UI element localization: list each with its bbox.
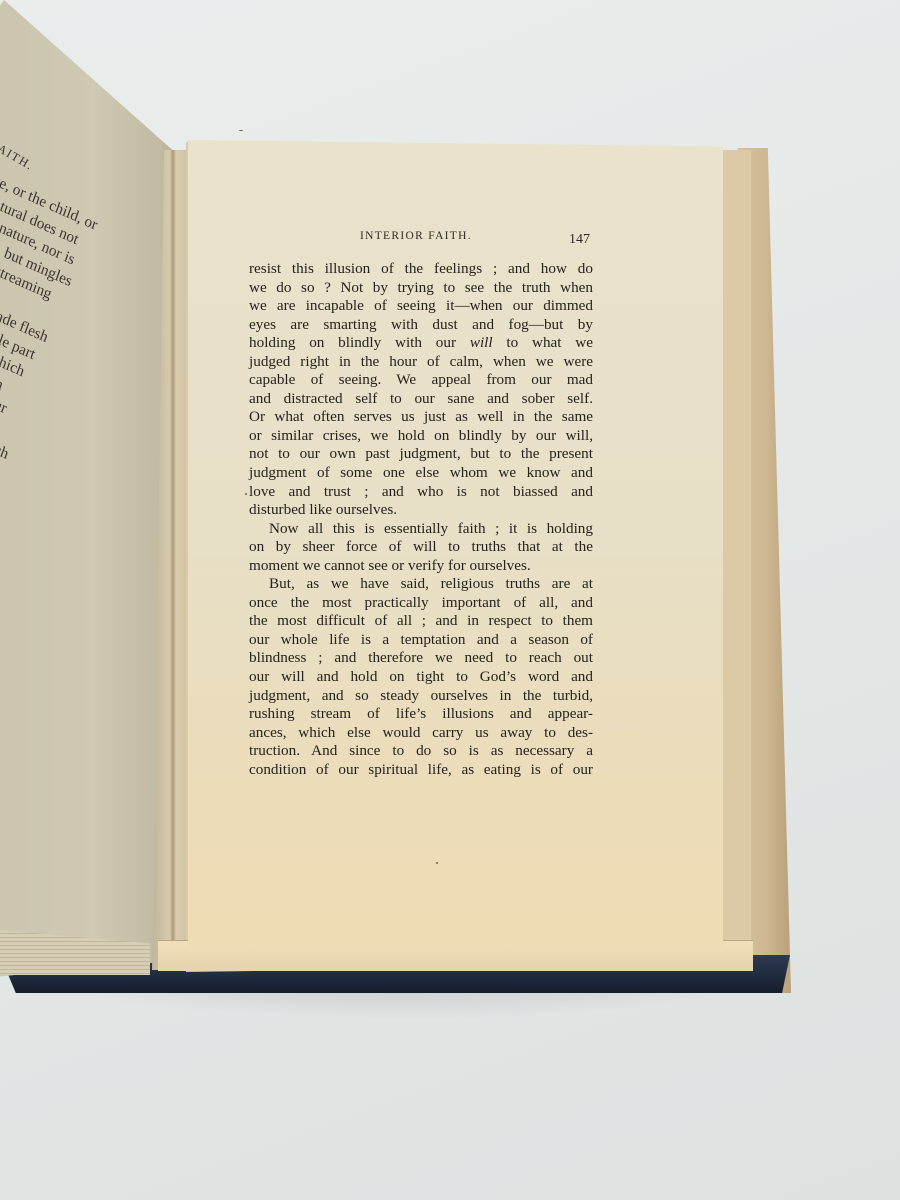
text-line: rushing stream of life’s illusions and a… bbox=[249, 705, 593, 724]
surface-speck bbox=[239, 130, 243, 131]
text-line: truction. And since to do so is as neces… bbox=[249, 742, 593, 761]
text-line: the most difficult of all ; and in respe… bbox=[249, 612, 593, 631]
paper-speck bbox=[436, 862, 438, 864]
text-line: eyes are smarting with dust and fog—but … bbox=[249, 316, 593, 335]
text-line: moment we cannot see or verify for ourse… bbox=[249, 557, 593, 576]
left-page-text: ere savage, or the child, orhe supernatu… bbox=[0, 150, 133, 771]
text-line: condition of our spiritual life, as eati… bbox=[249, 761, 593, 780]
text-line: holding on blindly with our will to what… bbox=[249, 334, 593, 353]
text-line: judgment of some one else whom we know a… bbox=[249, 464, 593, 483]
emphasis: will bbox=[470, 334, 493, 351]
left-running-head: RIOR FAITH. bbox=[0, 118, 36, 174]
text-line: capable of seeing. We appeal from our ma… bbox=[249, 371, 593, 390]
text-line: judgment, and so steady ourselves in the… bbox=[249, 687, 593, 706]
text-line: love and trust ; and who is not biassed … bbox=[249, 483, 593, 502]
text-line: or similar crises, we hold on blindly by… bbox=[249, 427, 593, 446]
text-line: resist this illusion of the feelings ; a… bbox=[249, 260, 593, 279]
left-page: RIOR FAITH. ere savage, or the child, or… bbox=[0, 0, 180, 980]
text-line: Now all this is essentially faith ; it i… bbox=[249, 520, 593, 539]
text-line: we do so ? Not by trying to see the trut… bbox=[249, 279, 593, 298]
text-line: But, as we have said, religious truths a… bbox=[249, 575, 593, 594]
text-line: our will and hold on tight to God’s word… bbox=[249, 668, 593, 687]
text-line: we are incapable of seeing it—when our d… bbox=[249, 297, 593, 316]
text-line: once the most practically important of a… bbox=[249, 594, 593, 613]
text-line: on by sheer force of will to truths that… bbox=[249, 538, 593, 557]
page-body-text: resist this illusion of the feelings ; a… bbox=[249, 260, 593, 779]
text-line: disturbed like ourselves. bbox=[249, 501, 593, 520]
text-line: our whole life is a temptation and a sea… bbox=[249, 631, 593, 650]
text-line: Or what often serves us just as well in … bbox=[249, 408, 593, 427]
text-line: ances, which else would carry us away to… bbox=[249, 724, 593, 743]
page-number: 147 bbox=[569, 232, 590, 248]
text-line: blindness ; and therefore we need to rea… bbox=[249, 649, 593, 668]
text-line: and distracted self to our sane and sobe… bbox=[249, 390, 593, 409]
page-header: INTERIOR FAITH. 147 bbox=[248, 228, 590, 250]
running-head: INTERIOR FAITH. bbox=[360, 230, 472, 242]
text-line: judged right in the hour of calm, when w… bbox=[249, 353, 593, 372]
paper-speck bbox=[245, 493, 247, 495]
text-line: not to our own past judgment, but to the… bbox=[249, 445, 593, 464]
